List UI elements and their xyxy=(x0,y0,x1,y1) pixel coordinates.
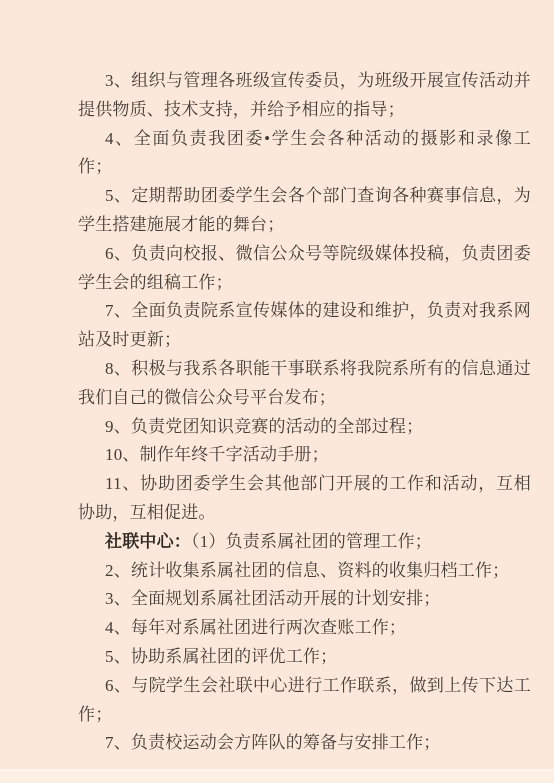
paragraph: 7、负责校运动会方阵队的筹备与安排工作； xyxy=(78,729,531,758)
section-label: 社联中心： xyxy=(105,532,191,551)
paragraph: 10、制作年终千字活动手册； xyxy=(78,441,531,470)
paragraph: 6、负责向校报、微信公众号等院级媒体投稿，负责团委学生会的组稿工作； xyxy=(78,240,531,298)
paragraph: 9、负责党团知识竞赛的活动的全部过程； xyxy=(78,413,531,442)
paragraph-section-header: 社联中心：（1）负责系属社团的管理工作； xyxy=(78,528,531,557)
document-body: 3、组织与管理各班级宣传委员，为班级开展宣传活动并提供物质、技术支持，并给予相应… xyxy=(78,67,531,758)
paragraph: 5、定期帮助团委学生会各个部门查询各种赛事信息，为学生搭建施展才能的舞台； xyxy=(78,182,531,240)
paragraph-text: （1）负责系属社团的管理工作； xyxy=(191,532,432,551)
paragraph: 3、全面规划系属社团活动开展的计划安排； xyxy=(78,585,531,614)
paragraph: 5、协助系属社团的评优工作； xyxy=(78,643,531,672)
paragraph: 4、全面负责我团委•学生会各种活动的摄影和录像工作； xyxy=(78,125,531,183)
paragraph: 8、积极与我系各职能干事联系将我院系所有的信息通过我们自己的微信公众号平台发布； xyxy=(78,355,531,413)
paragraph: 6、与院学生会社联中心进行工作联系，做到上传下达工作； xyxy=(78,672,531,730)
paragraph: 2、统计收集系属社团的信息、资料的收集归档工作； xyxy=(78,557,531,586)
paragraph: 3、组织与管理各班级宣传委员，为班级开展宣传活动并提供物质、技术支持，并给予相应… xyxy=(78,67,531,125)
paragraph: 11、协助团委学生会其他部门开展的工作和活动，互相协助，互相促进。 xyxy=(78,470,531,528)
paragraph: 7、全面负责院系宣传媒体的建设和维护，负责对我系网站及时更新； xyxy=(78,297,531,355)
document-page[interactable]: 3、组织与管理各班级宣传委员，为班级开展宣传活动并提供物质、技术支持，并给予相应… xyxy=(0,0,554,783)
paragraph: 4、每年对系属社团进行两次查账工作； xyxy=(78,614,531,643)
page-bottom-strip xyxy=(0,772,554,783)
